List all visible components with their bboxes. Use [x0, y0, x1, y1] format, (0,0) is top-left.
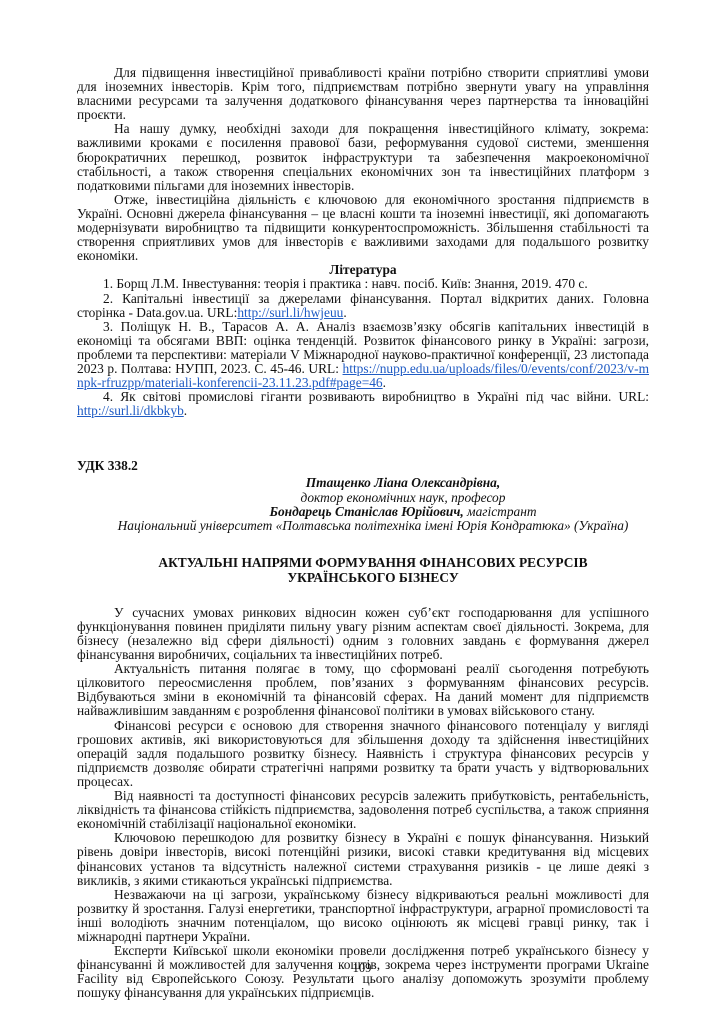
reference-text: 2. Капітальні інвестиції за джерелами фі… [77, 291, 649, 320]
author-2-title: магістрант [464, 504, 537, 519]
reference-text: 1. Борщ Л.М. Інвестування: теорія і прак… [103, 276, 588, 291]
references-list: 1. Борщ Л.М. Інвестування: теорія і прак… [77, 277, 649, 418]
author-1-title: доктор економічних наук, професор [77, 491, 649, 505]
reference-punct: . [184, 403, 187, 418]
reference-item-3: 3. Поліщук Н. В., Тарасов А. А. Аналіз в… [77, 320, 649, 390]
reference-punct: . [343, 305, 346, 320]
article-title: АКТУАЛЬНІ НАПРЯМИ ФОРМУВАННЯ ФІНАНСОВИХ … [77, 555, 649, 585]
intro-paragraph-1: Для підвищення інвестиційної привабливос… [77, 66, 649, 122]
reference-item-1: 1. Борщ Л.М. Інвестування: теорія і прак… [77, 277, 649, 291]
reference-link[interactable]: http://surl.li/hwjeuu [237, 305, 343, 320]
spacer [77, 418, 649, 459]
intro-paragraph-2: На нашу думку, необхідні заходи для покр… [77, 122, 649, 192]
reference-punct: . [383, 375, 386, 390]
author-2: Бондарець Станіслав Юрійович, магістрант [77, 505, 649, 519]
article-paragraph-4: Від наявності та доступності фінансових … [77, 789, 649, 831]
article-title-line-2: УКРАЇНСЬКОГО БІЗНЕСУ [97, 570, 649, 585]
author-1-name: Птащенко Ліана Олександрівна, [77, 476, 649, 490]
article-paragraph-2: Актуальність питання полягає в тому, що … [77, 662, 649, 718]
article-paragraph-6: Незважаючи на ці загрози, українському б… [77, 888, 649, 944]
reference-link[interactable]: http://surl.li/dkbkyb [77, 403, 184, 418]
document-page: Для підвищення інвестиційної привабливос… [77, 66, 649, 1000]
reference-item-2: 2. Капітальні інвестиції за джерелами фі… [77, 292, 649, 320]
references-heading: Література [77, 263, 649, 277]
article-title-line-1: АКТУАЛЬНІ НАПРЯМИ ФОРМУВАННЯ ФІНАНСОВИХ … [97, 555, 649, 570]
author-2-name: Бондарець Станіслав Юрійович, [269, 504, 463, 519]
article-paragraph-3: Фінансові ресурси є основою для створенн… [77, 719, 649, 789]
reference-item-4: 4. Як світові промислові гіганти розвива… [77, 390, 649, 418]
udc-code: УДК 338.2 [77, 459, 649, 473]
page-number: 109 [0, 961, 724, 976]
reference-text: 4. Як світові промислові гіганти розвива… [103, 389, 649, 404]
article-body: У сучасних умовах ринкових відносин коже… [77, 606, 649, 1001]
affiliation: Національний університет «Полтавська пол… [77, 519, 649, 533]
article-paragraph-5: Ключовою перешкодою для розвитку бізнесу… [77, 831, 649, 887]
article-paragraph-1: У сучасних умовах ринкових відносин коже… [77, 606, 649, 662]
authors-block: Птащенко Ліана Олександрівна, доктор еко… [77, 476, 649, 532]
intro-paragraph-3: Отже, інвестиційна діяльність є ключовою… [77, 193, 649, 263]
